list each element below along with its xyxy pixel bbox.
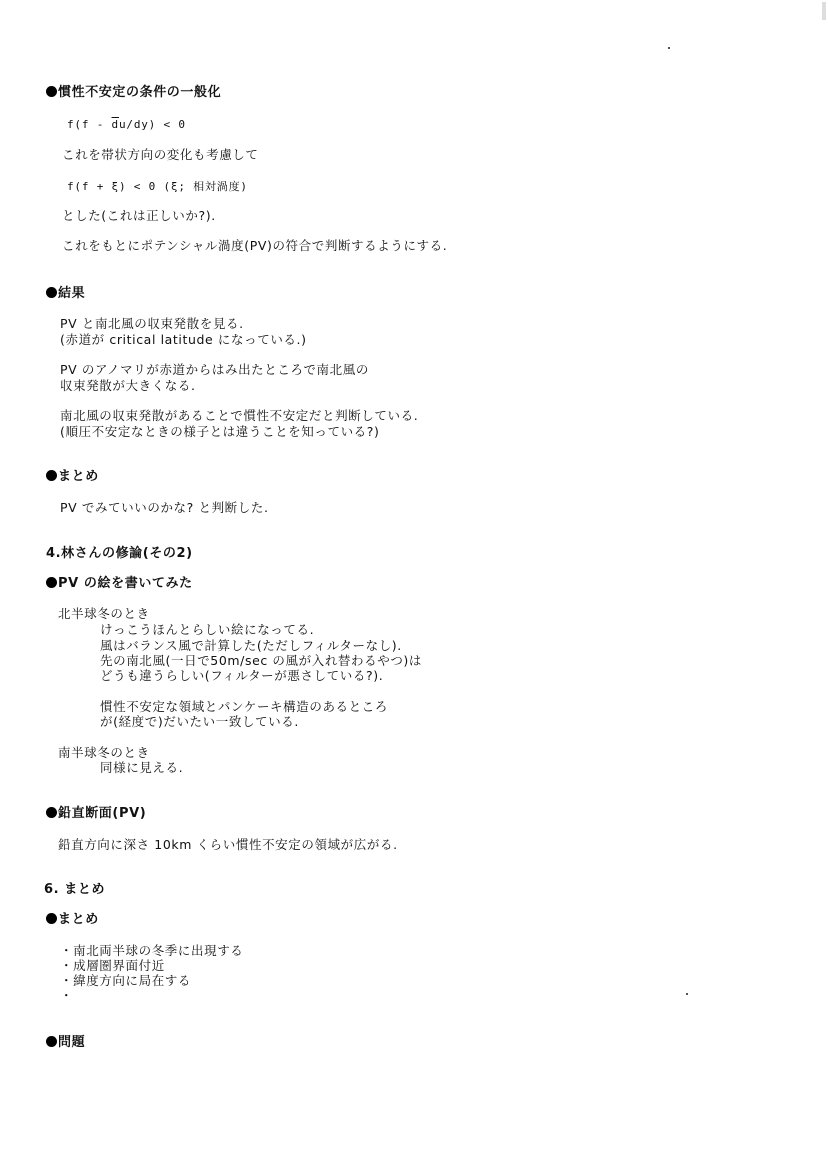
- heading-text: 慣性不安定の条件の一般化: [58, 85, 221, 100]
- text-line: 慣性不安定な領域とパンケーキ構造のあるところ: [100, 699, 388, 715]
- list-item: ・南北両半球の冬季に出現する: [60, 943, 243, 959]
- scan-speck: [686, 993, 688, 995]
- scan-edge-mark: [822, 2, 826, 20]
- text-line: (順圧不安定なときの様子とは違うことを知っている?): [60, 424, 380, 440]
- list-item: ・: [60, 988, 73, 1004]
- text-line: これをもとにポテンシャル渦度(PV)の符合で判断するようにする.: [62, 238, 447, 254]
- bullet-icon: [46, 287, 57, 298]
- text-line: どうも違うらしい(フィルターが悪さしている?).: [100, 668, 383, 684]
- formula-overbar: d: [112, 118, 119, 131]
- text-line: 南北風の収束発散があることで慣性不安定だと判断している.: [60, 408, 418, 424]
- bullet-icon: [46, 86, 57, 97]
- text-line: 同様に見える.: [100, 760, 183, 776]
- formula-part: u/dy) < 0: [119, 118, 186, 131]
- bullet-icon: [46, 577, 57, 588]
- text-line: PV でみていいのかな? と判断した.: [60, 500, 269, 516]
- heading-text: 鉛直断面(PV): [58, 806, 146, 821]
- scan-speck: [668, 47, 670, 49]
- formula-relative-vorticity: f(f + ξ) < 0 (ξ; 相対渦度): [67, 179, 248, 195]
- text-line: とした(これは正しいか?).: [62, 208, 216, 224]
- text-line: が(経度で)だいたい一致している.: [100, 714, 299, 730]
- text-line: 収束発散が大きくなる.: [60, 378, 196, 394]
- section-heading-pv-drawing: PV の絵を書いてみた: [46, 576, 193, 592]
- text-line: 風はバランス風で計算した(ただしフィルターなし).: [100, 638, 402, 654]
- section-heading-results: 結果: [46, 286, 85, 302]
- bullet-icon: [46, 1036, 57, 1047]
- list-item: ・成層圏界面付近: [60, 958, 165, 974]
- heading-text: PV の絵を書いてみた: [58, 576, 193, 591]
- text-line: これを帯状方向の変化も考慮して: [62, 147, 259, 163]
- list-item: ・緯度方向に局在する: [60, 973, 191, 989]
- sh-winter-label: 南半球冬のとき: [58, 745, 150, 761]
- text-line: PV と南北風の収束発散を見る.: [60, 316, 244, 332]
- heading-text: まとめ: [58, 469, 99, 484]
- bullet-icon: [46, 807, 57, 818]
- section-heading-vertical: 鉛直断面(PV): [46, 806, 146, 822]
- text-line: 先の南北風(一日で50m/sec の風が入れ替わるやつ)は: [100, 653, 422, 669]
- heading-text: まとめ: [58, 912, 99, 927]
- section-heading-inertial: 慣性不安定の条件の一般化: [46, 85, 221, 101]
- nh-winter-label: 北半球冬のとき: [58, 606, 150, 622]
- text-line: 鉛直方向に深さ 10km くらい慣性不安定の領域が広がる.: [58, 837, 398, 853]
- formula-part: f(f -: [67, 118, 112, 131]
- bullet-icon: [46, 913, 57, 924]
- text-line: PV のアノマリが赤道からはみ出たところで南北風の: [60, 362, 369, 378]
- section-heading-summary-2: まとめ: [46, 912, 99, 928]
- section-heading-summary: まとめ: [46, 469, 99, 485]
- formula-inertial-condition: f(f - du/dy) < 0: [67, 117, 186, 133]
- text-line: (赤道が critical latitude になっている.): [60, 332, 307, 348]
- heading-text: 結果: [58, 286, 85, 301]
- chapter-title-4: 4.林さんの修論(その2): [46, 546, 193, 562]
- section-heading-problems: 問題: [46, 1035, 85, 1051]
- heading-text: 問題: [58, 1035, 85, 1050]
- chapter-title-6: 6. まとめ: [44, 882, 105, 898]
- text-line: けっこうほんとらしい絵になってる.: [100, 622, 314, 638]
- bullet-icon: [46, 470, 57, 481]
